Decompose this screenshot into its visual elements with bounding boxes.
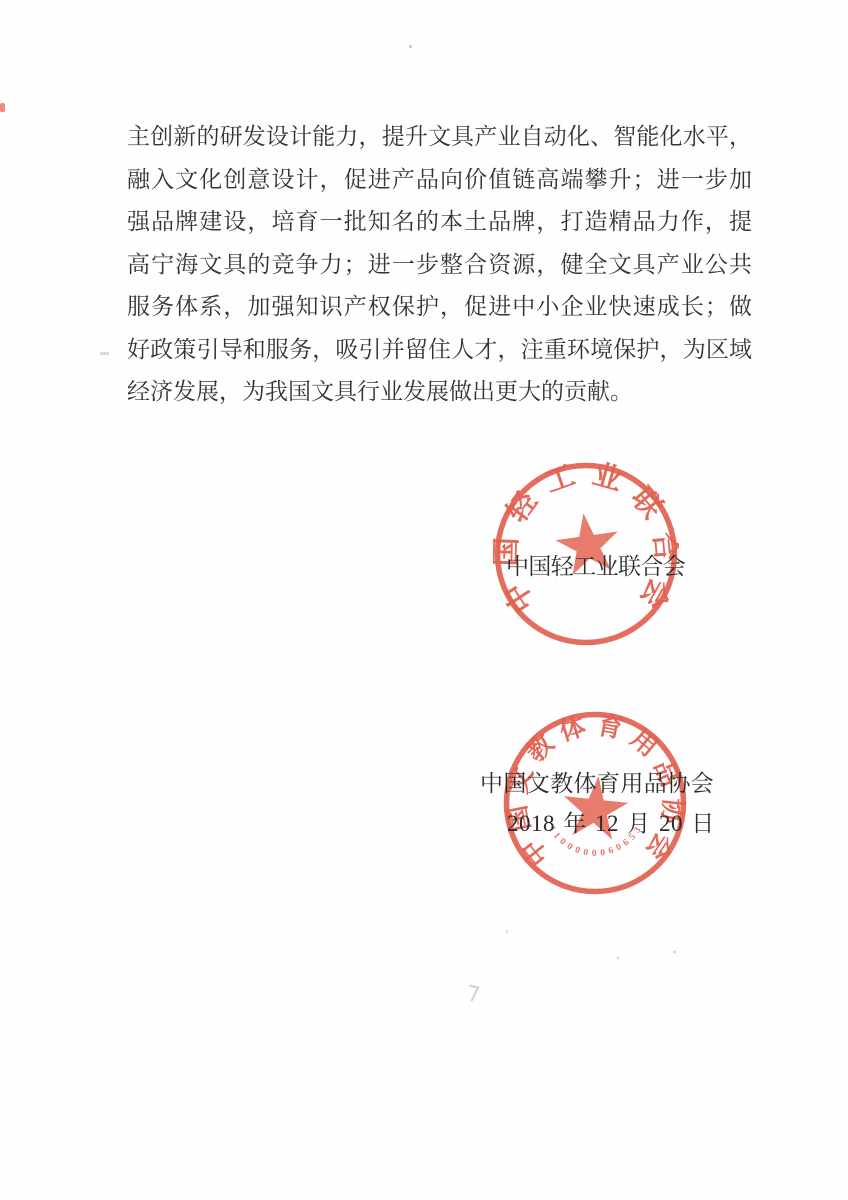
signature-org1: 中国轻工业联合会 <box>506 553 685 581</box>
body-line-1: 主创新的研发设计能力，提升文具产业自动化、智能化水平， <box>127 116 752 159</box>
signature-date: 2018 年 12 月 20 日 <box>507 810 715 838</box>
scan-artifact-speck <box>506 930 508 933</box>
stationery-association-seal: 中国文教体育用品协会 1100000060653 <box>502 710 688 896</box>
scan-artifact-speck <box>617 957 619 959</box>
body-line-3: 强品牌建设，培育一批知名的本土品牌，打造精品力作，提 <box>127 201 752 244</box>
body-line-5: 服务体系，加强知识产权保护，促进中小企业快速成长；做 <box>127 286 752 329</box>
document-page: 主创新的研发设计能力，提升文具产业自动化、智能化水平， 融入文化创意设计，促进产… <box>0 0 848 1200</box>
scan-artifact-dash <box>100 352 109 355</box>
body-line-4: 高宁海文具的竞争力；进一步整合资源，健全文具产业公共 <box>127 244 752 287</box>
scan-artifact-speck <box>673 951 676 953</box>
scan-artifact-squiggle <box>463 984 480 1001</box>
signature-org2: 中国文教体育用品协会 <box>480 770 714 798</box>
body-paragraph: 主创新的研发设计能力，提升文具产业自动化、智能化水平， 融入文化创意设计，促进产… <box>127 116 752 414</box>
scan-artifact-speck <box>409 45 412 48</box>
body-line-7: 经济发展，为我国文具行业发展做出更大的贡献。 <box>127 371 752 414</box>
body-line-6: 好政策引导和服务，吸引并留住人才，注重环境保护，为区域 <box>127 329 752 372</box>
scan-artifact-red-speck <box>0 103 5 112</box>
body-line-2: 融入文化创意设计，促进产品向价值链高端攀升；进一步加 <box>127 159 752 202</box>
